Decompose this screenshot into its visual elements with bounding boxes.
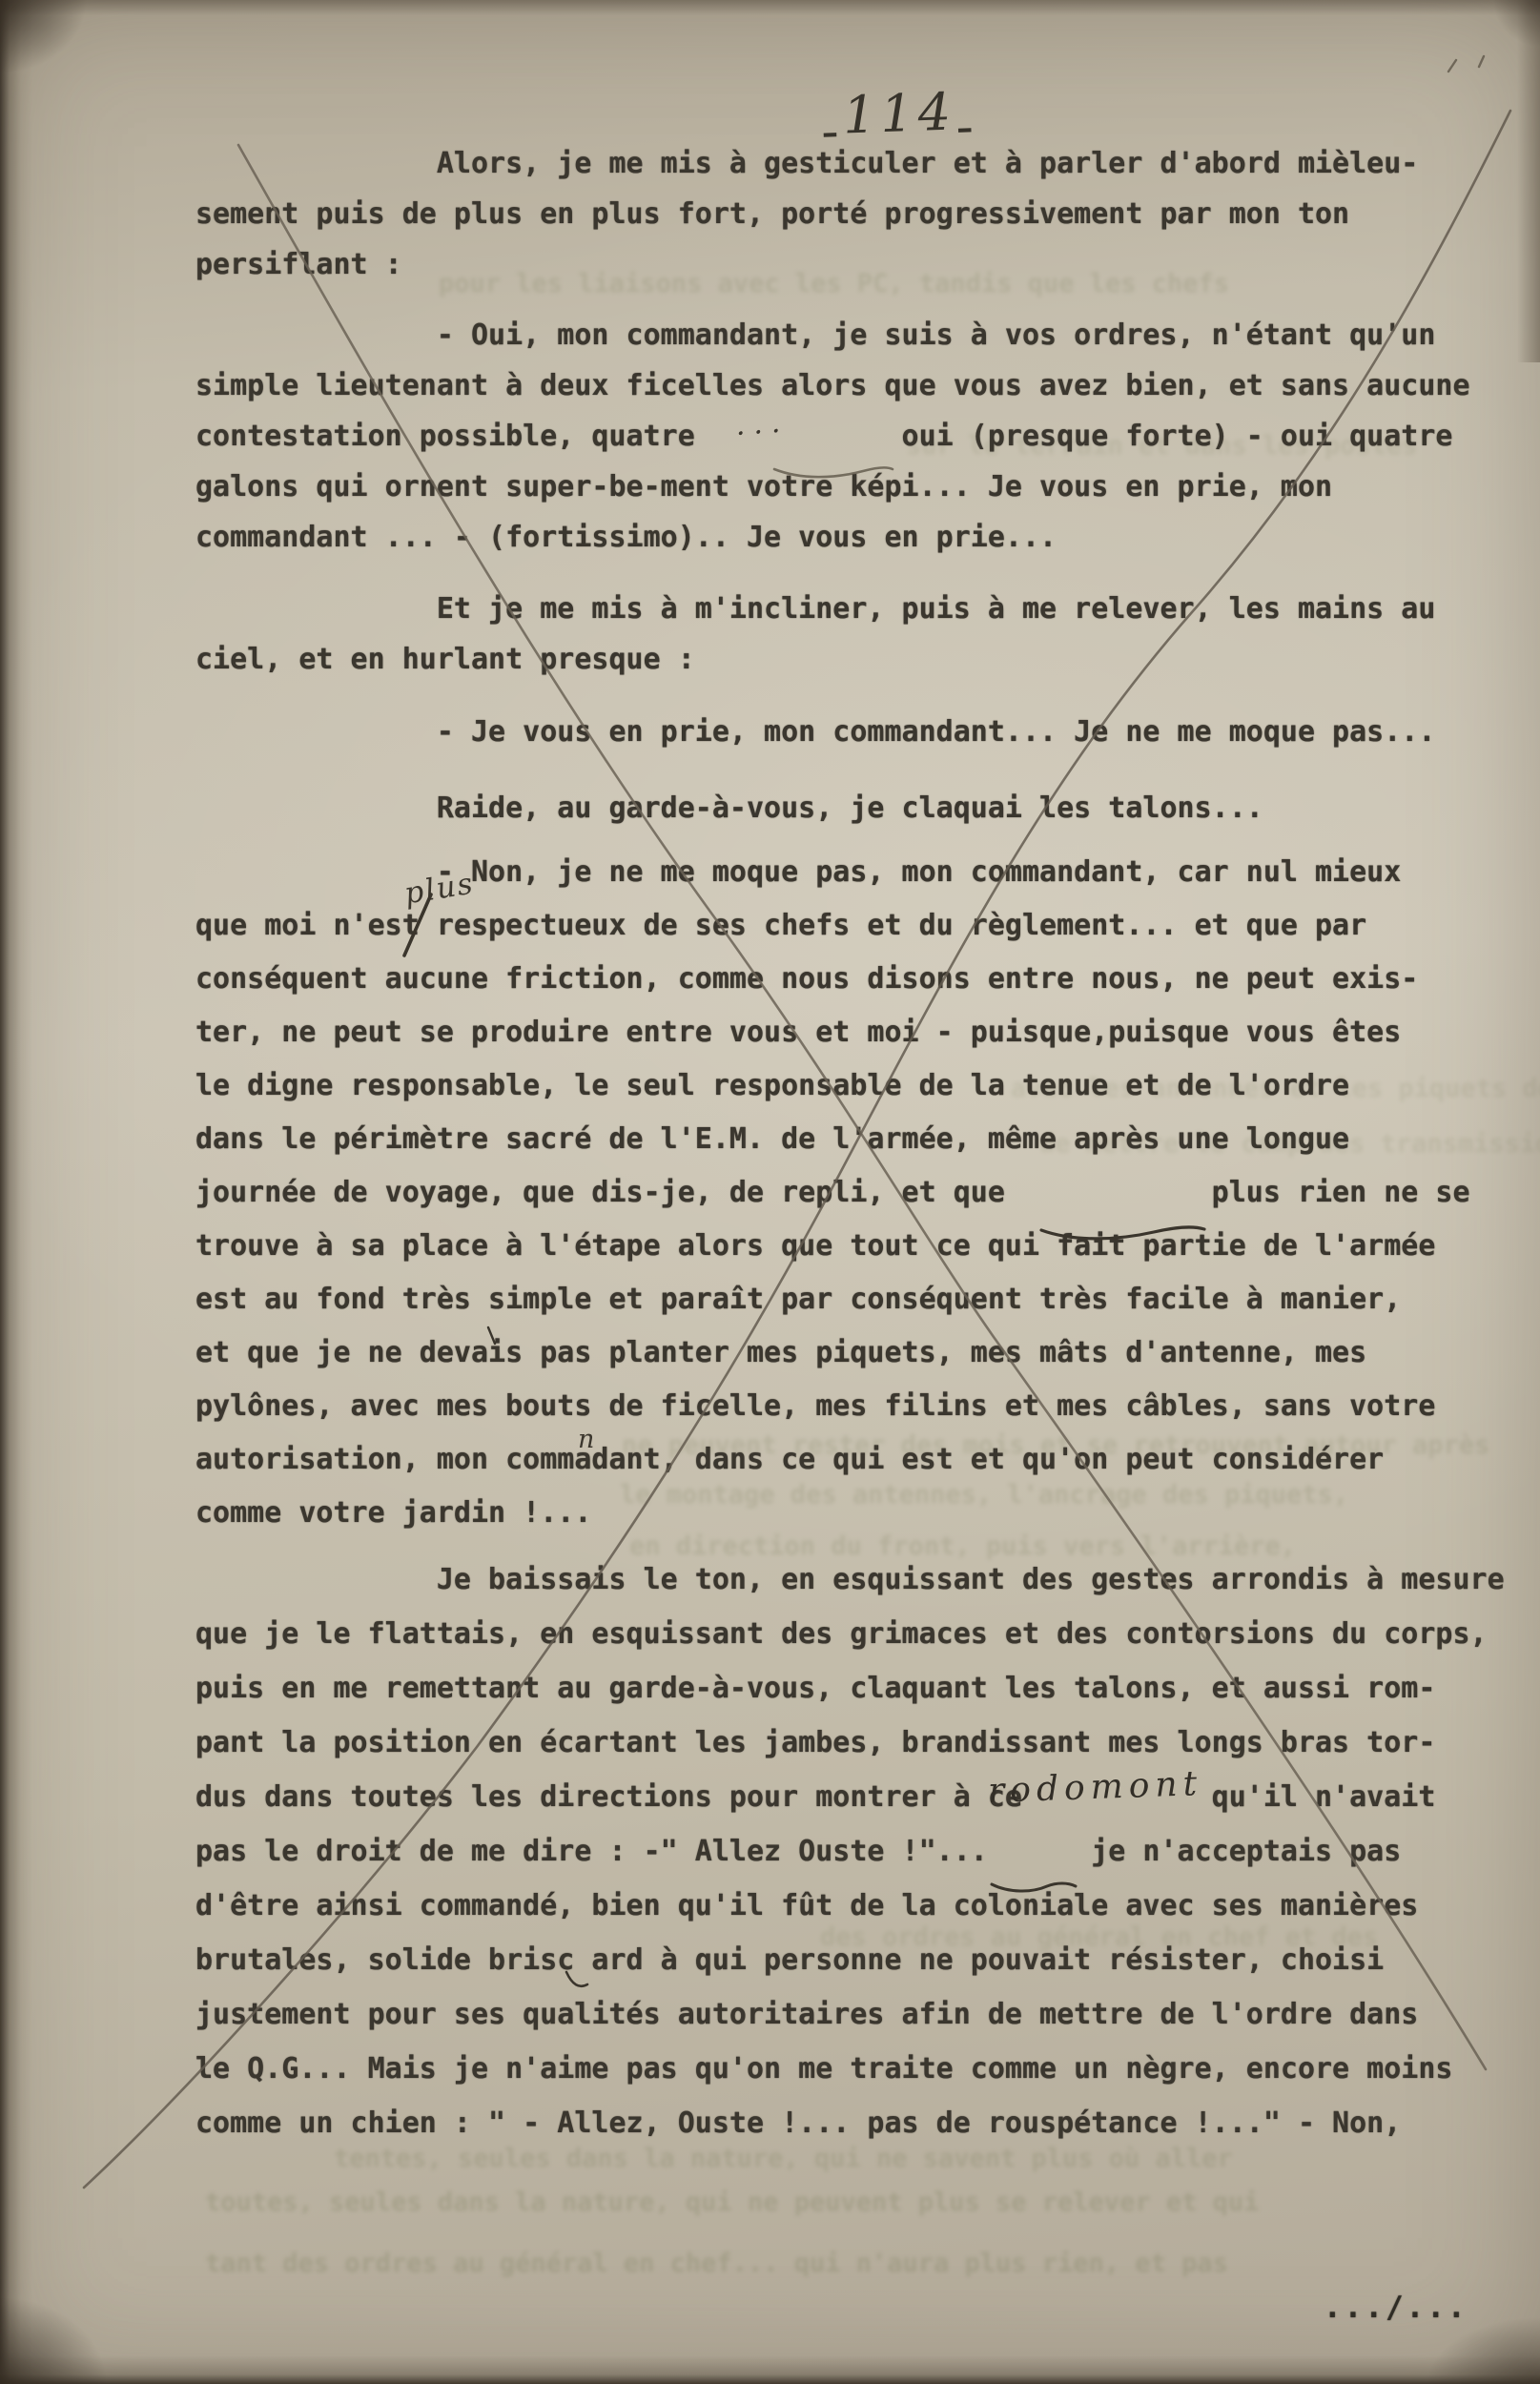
typewritten-line: puis en me remettant au garde-à-vous, cl… <box>195 1661 1505 1716</box>
typewritten-line: dans le périmètre sacré de l'E.M. de l'a… <box>195 1113 1470 1166</box>
typewritten-line: d'être ainsi commandé, bien qu'il fût de… <box>195 1879 1505 1933</box>
typewritten-line: Je baissais le ton, en esquissant des ge… <box>195 1552 1505 1607</box>
typewritten-line: pylônes, avec mes bouts de ficelle, mes … <box>195 1380 1470 1433</box>
bleedthrough-text: tant des ordres au général en chef... qu… <box>205 2249 1228 2278</box>
typewritten-line: pant la position en écartant les jambes,… <box>195 1716 1505 1770</box>
typewritten-line: et que je ne devais pas planter mes piqu… <box>195 1326 1470 1380</box>
typewritten-line: autorisation, mon commadant, dans ce qui… <box>195 1433 1470 1487</box>
typewritten-line: comme votre jardin !... <box>195 1487 1470 1540</box>
scanned-typescript-page: pour les liaisons avec les PC, tandis qu… <box>0 0 1540 2384</box>
typewritten-line: Raide, au garde-à-vous, je claquai les t… <box>195 782 1263 835</box>
typewritten-line: que moi n'est respectueux de ses chefs e… <box>195 899 1470 953</box>
page-number-digits: 114 <box>842 81 956 145</box>
typewritten-line: est au fond très simple et paraît par co… <box>195 1273 1470 1326</box>
typewritten-line: contestation possible, quatre oui (presq… <box>195 411 1470 462</box>
continuation-mark: .../... <box>1324 2291 1468 2325</box>
typewritten-line: que je le flattais, en esquissant des gr… <box>195 1607 1505 1661</box>
typewritten-line: ciel, et en hurlant presque : <box>195 634 1435 685</box>
typewritten-line: - Non, je ne me moque pas, mon commandan… <box>195 846 1470 899</box>
bleedthrough-text: toutes, seules dans la nature, qui ne pe… <box>205 2188 1259 2217</box>
typewritten-line: trouve à sa place à l'étape alors que to… <box>195 1220 1470 1273</box>
typewritten-line: simple lieutenant à deux ficelles alors … <box>195 360 1470 411</box>
typewritten-line: le Q.G... Mais je n'aime pas qu'on me tr… <box>195 2042 1505 2096</box>
typewritten-line: pas le droit de me dire : -" Allez Ouste… <box>195 1824 1505 1879</box>
typewritten-line: journée de voyage, que dis-je, de repli,… <box>195 1166 1470 1220</box>
typewritten-line: - Je vous en prie, mon commandant... Je … <box>195 707 1435 757</box>
typewritten-line: commandant ... - (fortissimo).. Je vous … <box>195 512 1470 563</box>
handwritten-insertion-n: n <box>578 1425 594 1454</box>
typewritten-line: justement pour ses qualités autoritaires… <box>195 1987 1505 2042</box>
typewritten-line: persiflant : <box>195 239 1418 290</box>
typewritten-paragraph: Raide, au garde-à-vous, je claquai les t… <box>195 782 1263 835</box>
handwritten-dots-after-quatre: ··· <box>735 414 791 451</box>
scan-edge-top <box>0 0 1540 15</box>
scan-edge-bottom <box>0 2355 1540 2384</box>
scan-edge-left <box>0 0 32 2384</box>
pencil-tick-top-right-2 <box>1479 56 1484 67</box>
typewritten-paragraph: Alors, je me mis à gesticuler et à parle… <box>195 138 1418 290</box>
typewritten-line: comme un chien : " - Allez, Ouste !... p… <box>195 2096 1505 2150</box>
typewritten-paragraph: - Je vous en prie, mon commandant... Je … <box>195 707 1435 757</box>
typewritten-line: conséquent aucune friction, comme nous d… <box>195 953 1470 1006</box>
scan-edge-right <box>1517 0 1540 362</box>
scan-corner-top-right <box>1454 0 1540 86</box>
typewritten-line: galons qui ornent super-be-ment votre ké… <box>195 462 1470 512</box>
typewritten-line: Alors, je me mis à gesticuler et à parle… <box>195 138 1418 189</box>
handwritten-word-rodomont: rodomont <box>987 1764 1202 1811</box>
typewritten-line: dus dans toutes les directions pour mont… <box>195 1770 1505 1824</box>
typewritten-line: - Oui, mon commandant, je suis à vos ord… <box>195 310 1470 360</box>
scan-corner-top-left <box>0 0 162 143</box>
typewritten-paragraph: Je baissais le ton, en esquissant des ge… <box>195 1552 1505 2150</box>
pencil-tick-top-right-1 <box>1448 60 1456 72</box>
typewritten-paragraph: Et je me mis à m'incliner, puis à me rel… <box>195 584 1435 685</box>
typewritten-line: Et je me mis à m'incliner, puis à me rel… <box>195 584 1435 634</box>
typewritten-line: sement puis de plus en plus fort, porté … <box>195 189 1418 239</box>
scan-corner-bottom-left <box>0 2222 200 2384</box>
typewritten-line: brutales, solide brisc ard à qui personn… <box>195 1933 1505 1987</box>
typewritten-line: ter, ne peut se produire entre vous et m… <box>195 1006 1470 1059</box>
typewritten-line: le digne responsable, le seul responsabl… <box>195 1059 1470 1113</box>
typewritten-paragraph: - Oui, mon commandant, je suis à vos ord… <box>195 310 1470 563</box>
typewritten-paragraph: - Non, je ne me moque pas, mon commandan… <box>195 846 1470 1540</box>
